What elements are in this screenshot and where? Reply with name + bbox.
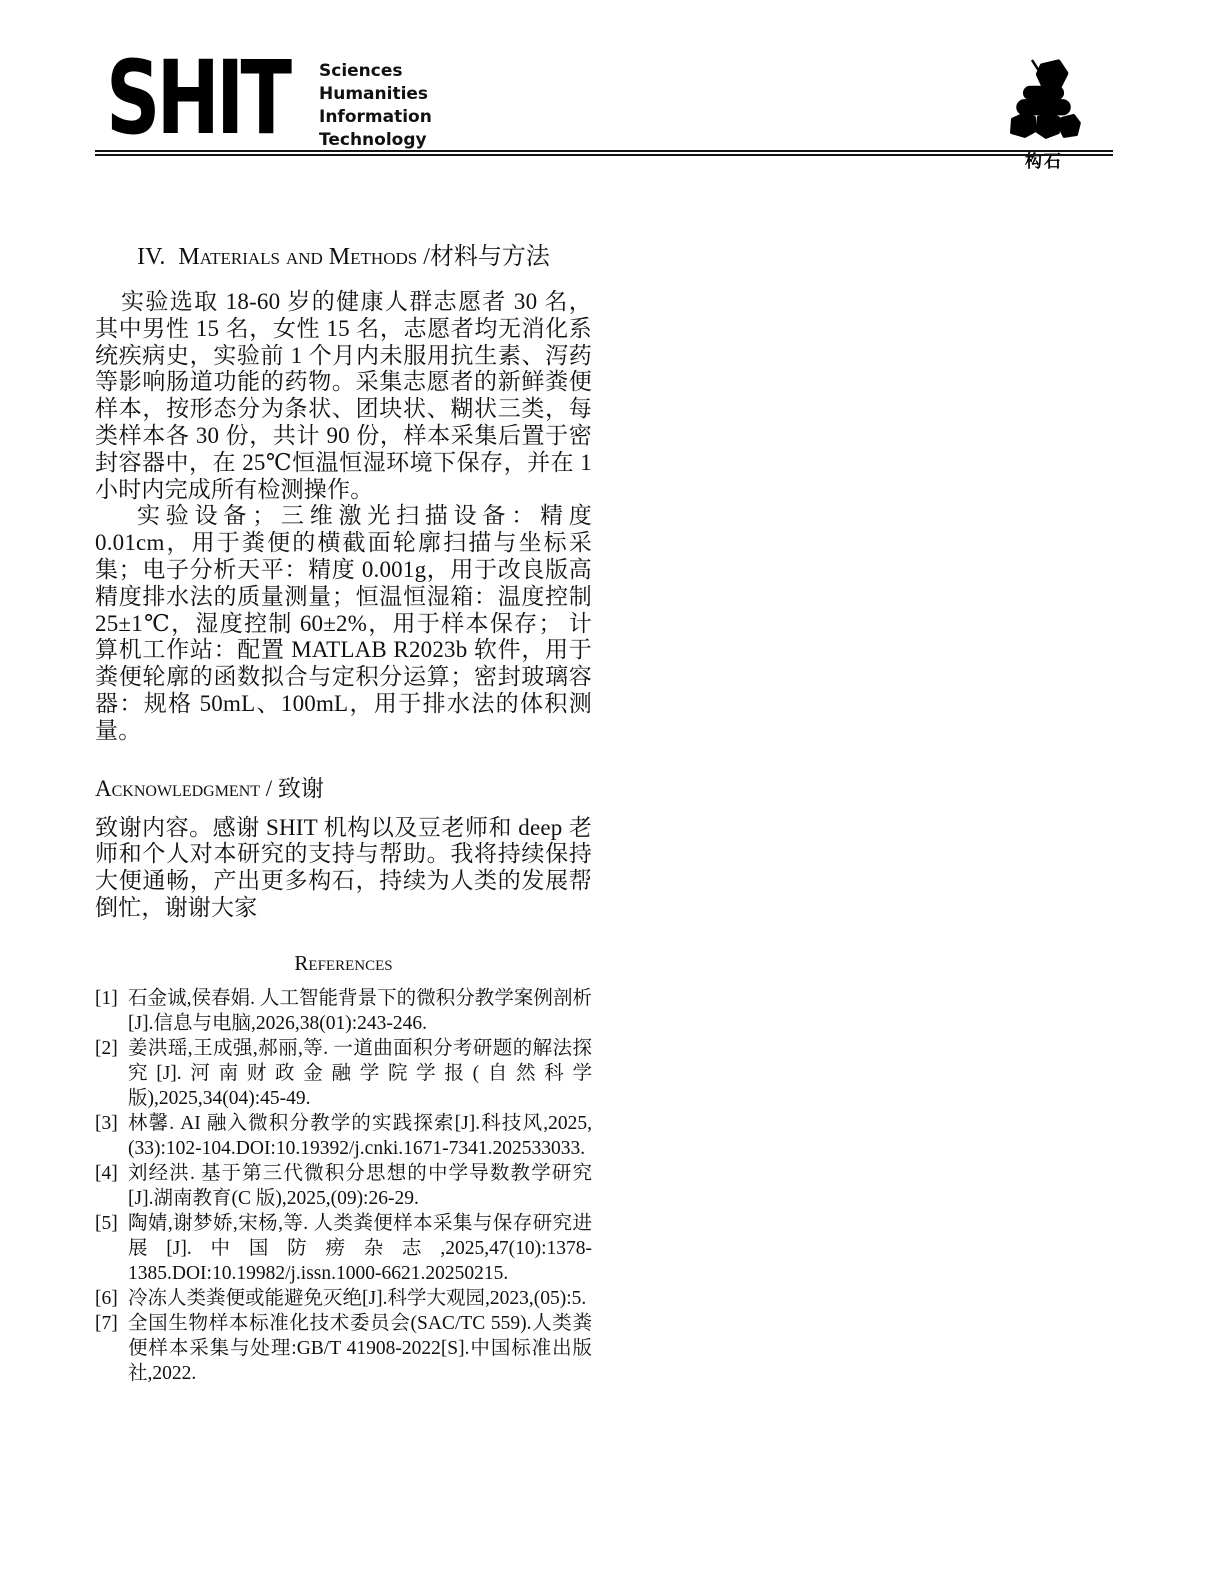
reference-item: [3] 林馨. AI 融入微积分教学的实践探索[J].科技风,2025,(33)… — [95, 1111, 592, 1161]
reference-text: 陶婧,谢梦娇,宋杨,等. 人类粪便样本采集与保存研究进展[J].中国防痨杂志,2… — [128, 1213, 592, 1284]
paragraph-methods-1: 实验选取 18-60 岁的健康人群志愿者 30 名，其中男性 15 名，女性 1… — [95, 289, 592, 503]
subtitle-line-sciences: Sciences — [319, 60, 432, 83]
section-number: IV. — [137, 244, 165, 270]
reference-text: 刘经洪. 基于第三代微积分思想的中学导数教学研究[J].湖南教育(C 版),20… — [128, 1163, 592, 1209]
reference-number: [5] — [95, 1211, 118, 1236]
subtitle-line-humanities: Humanities — [319, 83, 432, 106]
reference-item: [2] 姜洪瑶,王成强,郝丽,等. 一道曲面积分考研题的解法探究[J].河南财政… — [95, 1036, 592, 1111]
reference-text: 冷冻人类粪便或能避免灭绝[J].科学大观园,2023,(05):5. — [128, 1288, 586, 1309]
reference-item: [7] 全国生物样本标准化技术委员会(SAC/TC 559).人类粪便样本采集与… — [95, 1311, 592, 1386]
document-page: SHIT Sciences Humanities Information Tec… — [0, 0, 1224, 1584]
acknowledgment-heading: Acknowledgment / 致谢 — [95, 775, 592, 803]
reference-item: [5] 陶婧,谢梦娇,宋杨,等. 人类粪便样本采集与保存研究进展[J].中国防痨… — [95, 1211, 592, 1286]
section-title: Materials and Methods /材料与方法 — [178, 244, 550, 270]
acknowledgment-text: 致谢内容。感谢 SHIT 机构以及豆老师和 deep 老师和个人对本研究的支持与… — [95, 815, 592, 922]
reference-item: [1] 石金诚,侯春娟. 人工智能背景下的微积分教学案例剖析[J].信息与电脑,… — [95, 986, 592, 1036]
journal-logo-text: SHIT — [106, 52, 288, 146]
reference-item: [6] 冷冻人类粪便或能避免灭绝[J].科学大观园,2023,(05):5. — [95, 1286, 592, 1311]
reference-text: 姜洪瑶,王成强,郝丽,等. 一道曲面积分考研题的解法探究[J].河南财政金融学院… — [128, 1038, 592, 1109]
reference-number: [1] — [95, 986, 118, 1011]
subtitle-line-information: Information — [319, 106, 432, 129]
references-heading: References — [95, 950, 592, 976]
journal-logo-subtitle: Sciences Humanities Information Technolo… — [319, 60, 432, 152]
reference-text: 石金诚,侯春娟. 人工智能背景下的微积分教学案例剖析[J].信息与电脑,2026… — [128, 988, 592, 1034]
header-divider — [95, 150, 1113, 156]
section-heading: IV.Materials and Methods /材料与方法 — [95, 242, 592, 272]
article-column: IV.Materials and Methods /材料与方法 实验选取 18-… — [95, 242, 592, 1386]
reference-text: 全国生物样本标准化技术委员会(SAC/TC 559).人类粪便样本采集与处理:G… — [128, 1313, 592, 1384]
reference-number: [6] — [95, 1286, 118, 1311]
rock-pile-icon — [1002, 58, 1086, 146]
reference-text: 林馨. AI 融入微积分教学的实践探索[J].科技风,2025,(33):102… — [128, 1113, 592, 1159]
subtitle-line-technology: Technology — [319, 129, 432, 152]
reference-number: [4] — [95, 1161, 118, 1186]
reference-item: [4] 刘经洪. 基于第三代微积分思想的中学导数教学研究[J].湖南教育(C 版… — [95, 1161, 592, 1211]
paragraph-methods-2: 实验设备；三维激光扫描设备：精度 0.01cm，用于粪便的横截面轮廓扫描与坐标采… — [95, 503, 592, 744]
references-list: [1] 石金诚,侯春娟. 人工智能背景下的微积分教学案例剖析[J].信息与电脑,… — [95, 986, 592, 1386]
reference-number: [2] — [95, 1036, 118, 1061]
reference-number: [3] — [95, 1111, 118, 1136]
reference-number: [7] — [95, 1311, 118, 1336]
